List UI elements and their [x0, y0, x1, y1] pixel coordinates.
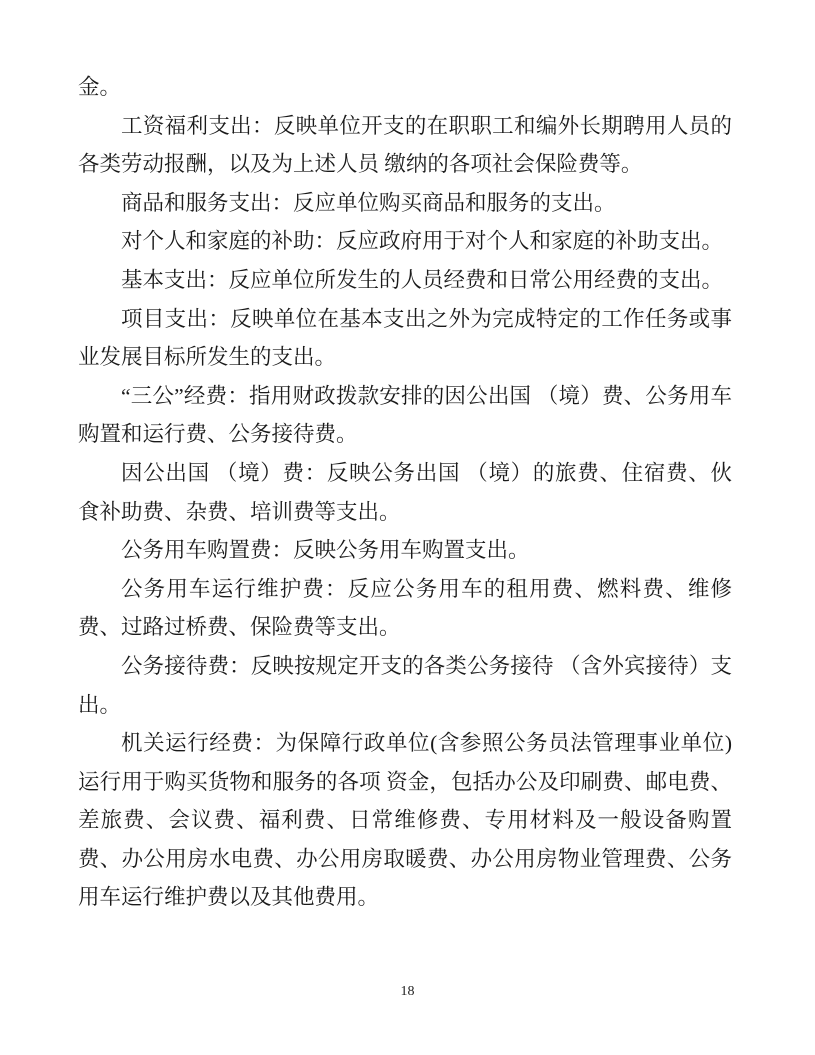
paragraph: 公务用车运行维护费：反应公务用车的租用费、燃料费、维修费、过路过桥费、保险费等支… — [78, 570, 732, 647]
document-body: 金。工资福利支出：反映单位开支的在职职工和编外长期聘用人员的各类劳动报酬，以及为… — [78, 68, 732, 917]
paragraph: 工资福利支出：反映单位开支的在职职工和编外长期聘用人员的各类劳动报酬，以及为上述… — [78, 107, 732, 184]
paragraph: 机关运行经费：为保障行政单位(含参照公务员法管理事业单位)运行用于购买货物和服务… — [78, 724, 732, 917]
paragraph: 金。 — [78, 68, 732, 107]
paragraph: 商品和服务支出：反应单位购买商品和服务的支出。 — [78, 184, 732, 223]
page-number: 18 — [0, 984, 815, 1000]
paragraph: 对个人和家庭的补助：反应政府用于对个人和家庭的补助支出。 — [78, 222, 732, 261]
paragraph: 因公出国 （境）费：反映公务出国 （境）的旅费、住宿费、伙食补助费、杂费、培训费… — [78, 454, 732, 531]
document-page: 金。工资福利支出：反映单位开支的在职职工和编外长期聘用人员的各类劳动报酬，以及为… — [0, 0, 815, 1055]
paragraph: 项目支出：反映单位在基本支出之外为完成特定的工作任务或事业发展目标所发生的支出。 — [78, 300, 732, 377]
paragraph: 公务用车购置费：反映公务用车购置支出。 — [78, 531, 732, 570]
paragraph: 基本支出：反应单位所发生的人员经费和日常公用经费的支出。 — [78, 261, 732, 300]
paragraph: 公务接待费：反映按规定开支的各类公务接待 （含外宾接待）支出。 — [78, 647, 732, 724]
paragraph: “三公”经费：指用财政拨款安排的因公出国 （境）费、公务用车购置和运行费、公务接… — [78, 377, 732, 454]
